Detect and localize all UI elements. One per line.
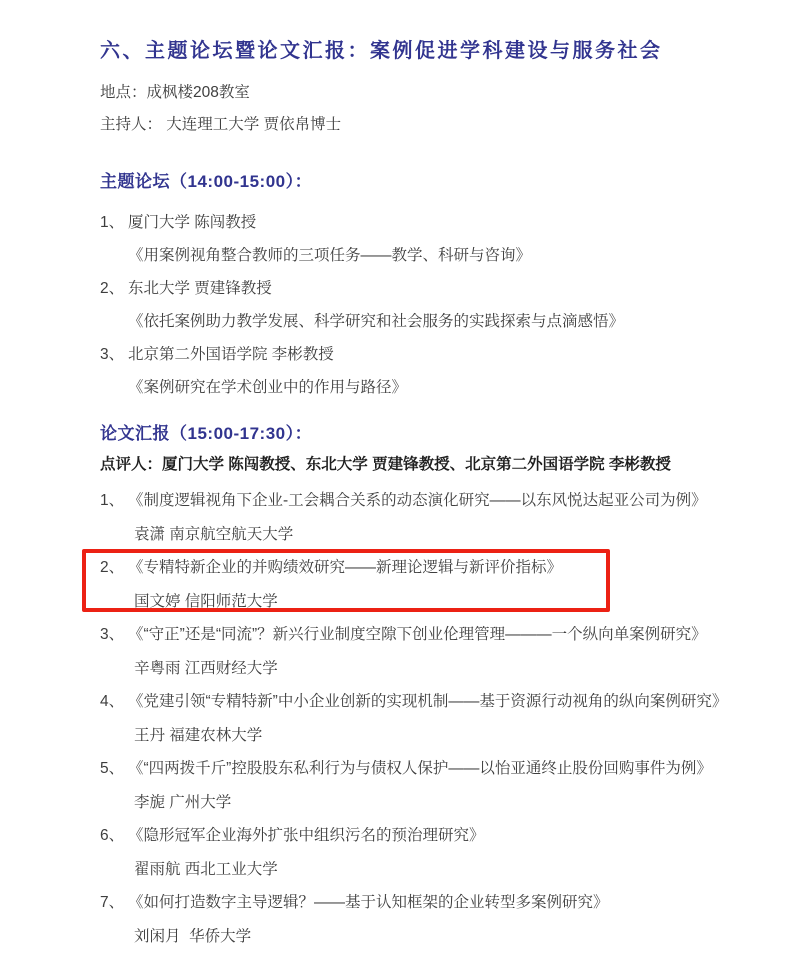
paper-author-line: 翟雨航 西北工业大学 xyxy=(100,853,765,887)
forum-speaker-line: 1、厦门大学 陈闯教授 xyxy=(100,206,765,239)
speaker-name: 东北大学 贾建锋教授 xyxy=(128,280,272,297)
speaker-name: 厦门大学 陈闯教授 xyxy=(128,214,256,231)
paper-title: 《专精特新企业的并购绩效研究——新理论逻辑与新评价指标》 xyxy=(128,559,562,576)
paper-author-line: 李旎 广州大学 xyxy=(100,786,765,820)
page-title: 六、主题论坛暨论文汇报：案例促进学科建设与服务社会 xyxy=(100,40,765,62)
item-number: 5、 xyxy=(100,752,128,786)
paper-title-line: 7、《如何打造数字主导逻辑？——基于认知框架的企业转型多案例研究》 xyxy=(100,886,765,920)
paper-title: 《制度逻辑视角下企业-工会耦合关系的动态演化研究——以东风悦达起亚公司为例》 xyxy=(128,492,707,509)
paper-title: 《“守正”还是“同流”？新兴行业制度空隙下创业伦理管理———一个纵向单案例研究》 xyxy=(128,626,707,643)
item-number: 2、 xyxy=(100,272,128,305)
paper-title-line: 4、《党建引领“专精特新”中小企业创新的实现机制——基于资源行动视角的纵向案例研… xyxy=(100,685,765,719)
forum-item: 3、北京第二外国语学院 李彬教授 《案例研究在学术创业中的作用与路径》 xyxy=(100,338,765,404)
item-number: 2、 xyxy=(100,551,128,585)
talk-title: 《依托案例助力教学发展、科学研究和社会服务的实践探索与点滴感悟》 xyxy=(100,305,765,338)
host-line: 主持人： 大连理工大学 贾依帛博士 xyxy=(100,114,765,136)
paper-item-highlighted: 2、《专精特新企业的并购绩效研究——新理论逻辑与新评价指标》 国文婷 信阳师范大… xyxy=(100,551,765,618)
forum-speaker-line: 2、东北大学 贾建锋教授 xyxy=(100,272,765,305)
paper-author-line: 袁潇 南京航空航天大学 xyxy=(100,518,765,552)
paper-title-line: 1、《制度逻辑视角下企业-工会耦合关系的动态演化研究——以东风悦达起亚公司为例》 xyxy=(100,484,765,518)
item-number: 7、 xyxy=(100,886,128,920)
paper-title: 《如何打造数字主导逻辑？——基于认知框架的企业转型多案例研究》 xyxy=(128,894,609,911)
item-number: 3、 xyxy=(100,338,128,371)
paper-item: 3、《“守正”还是“同流”？新兴行业制度空隙下创业伦理管理———一个纵向单案例研… xyxy=(100,618,765,685)
reviewers-line: 点评人：厦门大学 陈闯教授、东北大学 贾建锋教授、北京第二外国语学院 李彬教授 xyxy=(100,454,765,476)
forum-list: 1、厦门大学 陈闯教授 《用案例视角整合教师的三项任务——教学、科研与咨询》 2… xyxy=(100,206,765,404)
paper-title: 《党建引领“专精特新”中小企业创新的实现机制——基于资源行动视角的纵向案例研究》 xyxy=(128,693,727,710)
forum-section-heading: 主题论坛（14:00-15:00）： xyxy=(100,170,765,194)
location-line: 地点：成枫楼208教室 xyxy=(100,82,765,104)
item-number: 3、 xyxy=(100,618,128,652)
paper-title-line: 6、《隐形冠军企业海外扩张中组织污名的预治理研究》 xyxy=(100,819,765,853)
item-number: 1、 xyxy=(100,206,128,239)
paper-author-line: 王丹 福建农林大学 xyxy=(100,719,765,753)
talk-title: 《案例研究在学术创业中的作用与路径》 xyxy=(100,371,765,404)
paper-item: 6、《隐形冠军企业海外扩张中组织污名的预治理研究》 翟雨航 西北工业大学 xyxy=(100,819,765,886)
paper-item: 1、《制度逻辑视角下企业-工会耦合关系的动态演化研究——以东风悦达起亚公司为例》… xyxy=(100,484,765,551)
paper-title-line: 3、《“守正”还是“同流”？新兴行业制度空隙下创业伦理管理———一个纵向单案例研… xyxy=(100,618,765,652)
papers-section-heading: 论文汇报（15:00-17:30）： xyxy=(100,422,765,446)
forum-item: 1、厦门大学 陈闯教授 《用案例视角整合教师的三项任务——教学、科研与咨询》 xyxy=(100,206,765,272)
paper-title-line: 5、《“四两拨千斤”控股股东私利行为与债权人保护——以怡亚通终止股份回购事件为例… xyxy=(100,752,765,786)
paper-author-line: 刘闲月 华侨大学 xyxy=(100,920,765,954)
paper-item: 4、《党建引领“专精特新”中小企业创新的实现机制——基于资源行动视角的纵向案例研… xyxy=(100,685,765,752)
conference-program-page: 六、主题论坛暨论文汇报：案例促进学科建设与服务社会 地点：成枫楼208教室 主持… xyxy=(0,0,805,955)
paper-title: 《“四两拨千斤”控股股东私利行为与债权人保护——以怡亚通终止股份回购事件为例》 xyxy=(128,760,712,777)
item-number: 4、 xyxy=(100,685,128,719)
paper-author-line: 国文婷 信阳师范大学 xyxy=(100,585,765,619)
talk-title: 《用案例视角整合教师的三项任务——教学、科研与咨询》 xyxy=(100,239,765,272)
item-number: 6、 xyxy=(100,819,128,853)
paper-title: 《隐形冠军企业海外扩张中组织污名的预治理研究》 xyxy=(128,827,485,844)
speaker-name: 北京第二外国语学院 李彬教授 xyxy=(128,346,334,363)
paper-author-line: 辛粤雨 江西财经大学 xyxy=(100,652,765,686)
paper-item: 5、《“四两拨千斤”控股股东私利行为与债权人保护——以怡亚通终止股份回购事件为例… xyxy=(100,752,765,819)
paper-title-line: 2、《专精特新企业的并购绩效研究——新理论逻辑与新评价指标》 xyxy=(100,551,765,585)
forum-speaker-line: 3、北京第二外国语学院 李彬教授 xyxy=(100,338,765,371)
papers-list: 1、《制度逻辑视角下企业-工会耦合关系的动态演化研究——以东风悦达起亚公司为例》… xyxy=(100,484,765,953)
paper-item: 7、《如何打造数字主导逻辑？——基于认知框架的企业转型多案例研究》 刘闲月 华侨… xyxy=(100,886,765,953)
forum-item: 2、东北大学 贾建锋教授 《依托案例助力教学发展、科学研究和社会服务的实践探索与… xyxy=(100,272,765,338)
item-number: 1、 xyxy=(100,484,128,518)
